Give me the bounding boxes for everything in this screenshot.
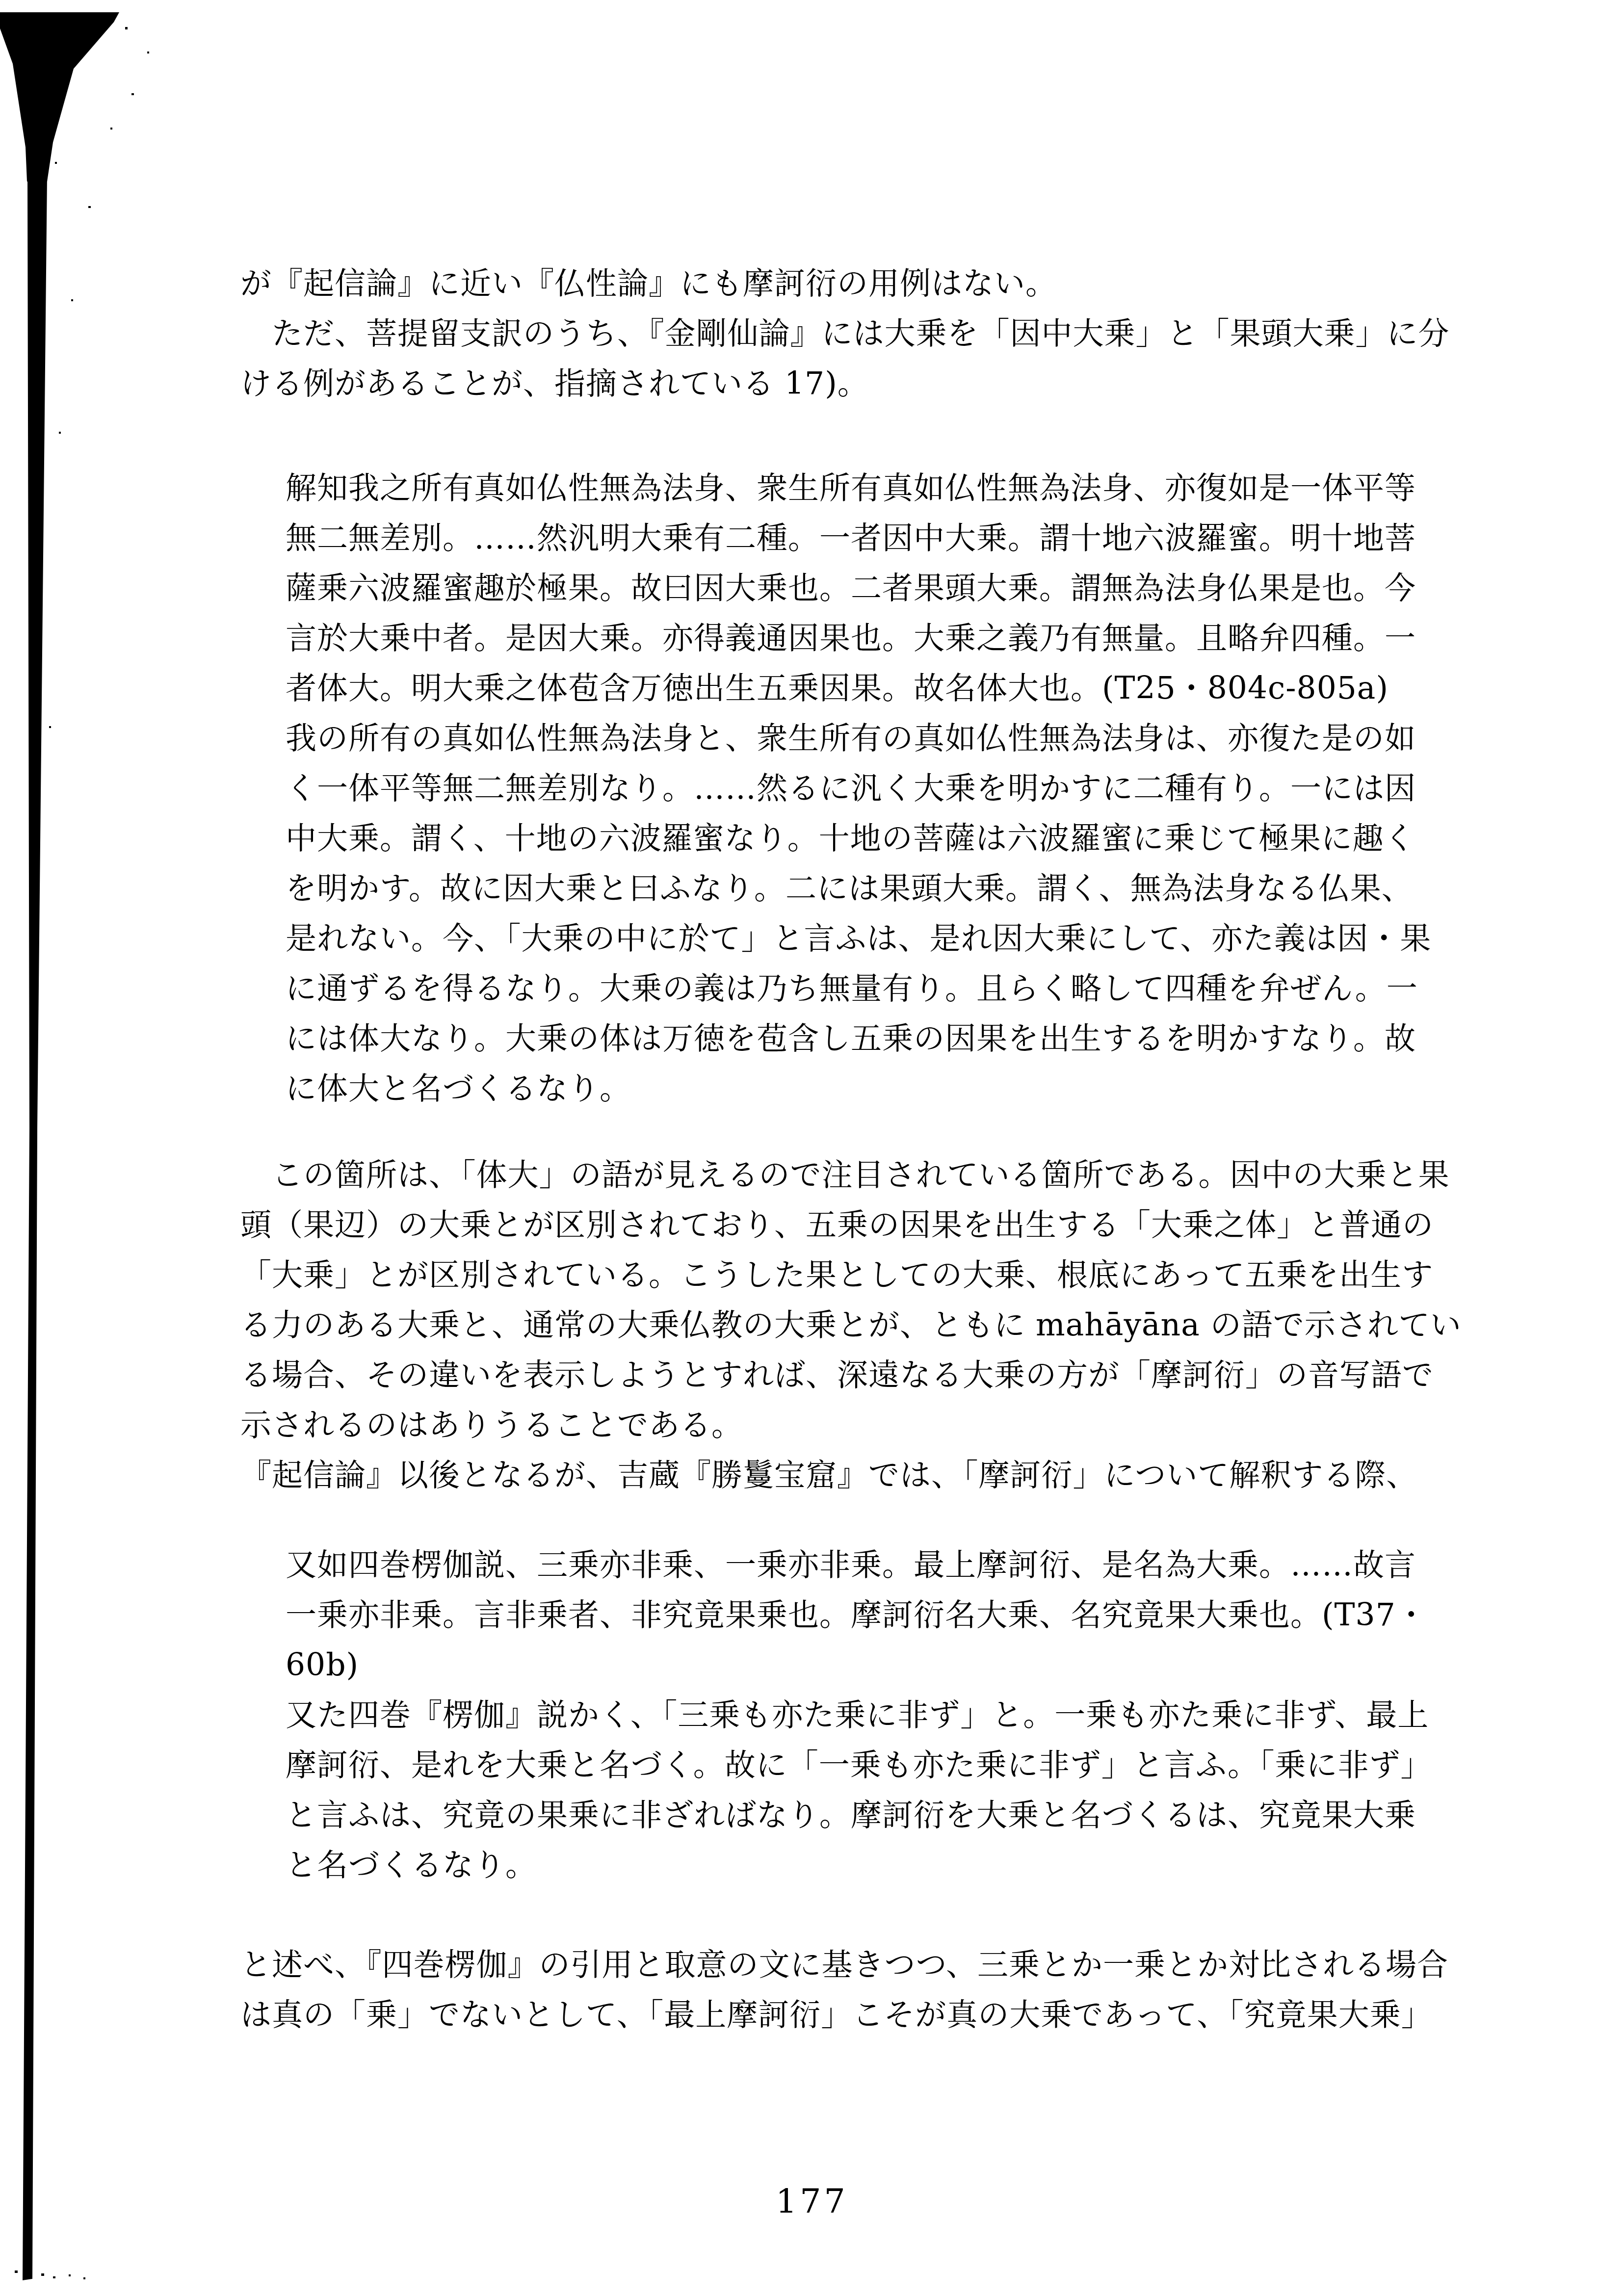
text-line: 頭（果辺）の大乗とが区別されており、五乗の因果を出生する「大乗之体」と普通の [240,1200,1457,1250]
block-quote: 解知我之所有真如仏性無為法身、衆生所有真如仏性無為法身、亦復如是一体平等無二無差… [240,463,1457,1114]
text-line: 是れない。今、「大乗の中に於て」と言ふは、是れ因大乗にして、亦た義は因・果 [286,913,1457,964]
text-line: が『起信論』に近い『仏性論』にも摩訶衍の用例はない。 [240,259,1457,309]
text-line: 者体大。明大乗之体苞含万徳出生五乗因果。故名体大也。(T25・804c-805a… [286,663,1457,713]
text-line: 示されるのはありうることである。 [240,1400,1457,1450]
scan-speckles [15,27,149,2279]
text-line: と名づくるなり。 [286,1840,1457,1890]
text-line: 又如四巻楞伽説、三乗亦非乗、一乗亦非乗。最上摩訶衍、是名為大乗。……故言 [286,1540,1457,1590]
block-quote: 又如四巻楞伽説、三乗亦非乗、一乗亦非乗。最上摩訶衍、是名為大乗。……故言一乗亦非… [240,1540,1457,1890]
text-line: 摩訶衍、是れを大乗と名づく。故に「一乗も亦た乗に非ず」と言ふ。「乗に非ず」 [286,1740,1457,1790]
text-line: 『起信論』以後となるが、吉蔵『勝鬘宝窟』では、「摩訶衍」について解釈する際、 [240,1450,1457,1500]
paragraph: が『起信論』に近い『仏性論』にも摩訶衍の用例はない。 ただ、菩提留支訳のうち、『… [240,259,1457,409]
text-line: 言於大乗中者。是因大乗。亦得義通因果也。大乗之義乃有無量。且略弁四種。一 [286,613,1457,663]
text-line: と述べ、『四巻楞伽』の引用と取意の文に基きつつ、三乗とか一乗とか対比される場合 [240,1940,1457,1990]
text-line: を明かす。故に因大乗と曰ふなり。二には果頭大乗。謂く、無為法身なる仏果、 [286,863,1457,913]
page-number: 177 [0,2177,1624,2226]
text-line: る場合、その違いを表示しようとすれば、深遠なる大乗の方が「摩訶衍」の音写語で [240,1350,1457,1400]
text-line: この箇所は、「体大」の語が見えるので注目されている箇所である。因中の大乗と果 [240,1150,1457,1200]
text-column: が『起信論』に近い『仏性論』にも摩訶衍の用例はない。 ただ、菩提留支訳のうち、『… [240,259,1457,2040]
text-line: る力のある大乗と、通常の大乗仏教の大乗とが、ともに mahāyāna の語で示さ… [240,1300,1457,1350]
text-line: 解知我之所有真如仏性無為法身、衆生所有真如仏性無為法身、亦復如是一体平等 [286,463,1457,513]
scan-artifact-left-edge [0,0,177,2296]
paragraph: 『起信論』以後となるが、吉蔵『勝鬘宝窟』では、「摩訶衍」について解釈する際、 [240,1450,1457,1500]
scan-funnel-blotch [0,12,119,182]
text-line: 「大乗」とが区別されている。こうした果としての大乗、根底にあって五乗を出生す [240,1250,1457,1300]
text-line: く一体平等無二無差別なり。……然るに汎く大乗を明かすに二種有り。一には因 [286,763,1457,813]
scanned-page: が『起信論』に近い『仏性論』にも摩訶衍の用例はない。 ただ、菩提留支訳のうち、『… [0,0,1624,2296]
text-line: 我の所有の真如仏性無為法身と、衆生所有の真如仏性無為法身は、亦復た是の如 [286,713,1457,763]
text-line: ける例があることが、指摘されている 17)。 [240,359,1457,409]
scan-vertical-bar [23,177,47,2280]
text-line: は真の「乗」でないとして、「最上摩訶衍」こそが真の大乗であって、「究竟果大乗」 [240,1990,1457,2040]
text-line: 一乗亦非乗。言非乗者、非究竟果乗也。摩訶衍名大乗、名究竟果大乗也。(T37・ [286,1590,1457,1640]
text-line: に通ずるを得るなり。大乗の義は乃ち無量有り。且らく略して四種を弁ぜん。一 [286,964,1457,1014]
paragraph: この箇所は、「体大」の語が見えるので注目されている箇所である。因中の大乗と果頭（… [240,1150,1457,1450]
paragraph: と述べ、『四巻楞伽』の引用と取意の文に基きつつ、三乗とか一乗とか対比される場合は… [240,1940,1457,2040]
text-line: 薩乗六波羅蜜趣於極果。故曰因大乗也。二者果頭大乗。謂無為法身仏果是也。今 [286,563,1457,613]
text-line: と言ふは、究竟の果乗に非ざればなり。摩訶衍を大乗と名づくるは、究竟果大乗 [286,1790,1457,1840]
text-line: 中大乗。謂く、十地の六波羅蜜なり。十地の菩薩は六波羅蜜に乗じて極果に趣く [286,813,1457,863]
text-line: 又た四巻『楞伽』説かく、「三乗も亦た乗に非ず」と。一乗も亦た乗に非ず、最上 [286,1690,1457,1740]
text-line: に体大と名づくるなり。 [286,1064,1457,1114]
text-line: 無二無差別。……然汎明大乗有二種。一者因中大乗。謂十地六波羅蜜。明十地菩 [286,513,1457,563]
text-line: ただ、菩提留支訳のうち、『金剛仙論』には大乗を「因中大乗」と「果頭大乗」に分 [240,309,1457,359]
text-line: 60b) [286,1640,1457,1690]
text-line: には体大なり。大乗の体は万徳を苞含し五乗の因果を出生するを明かすなり。故 [286,1014,1457,1064]
